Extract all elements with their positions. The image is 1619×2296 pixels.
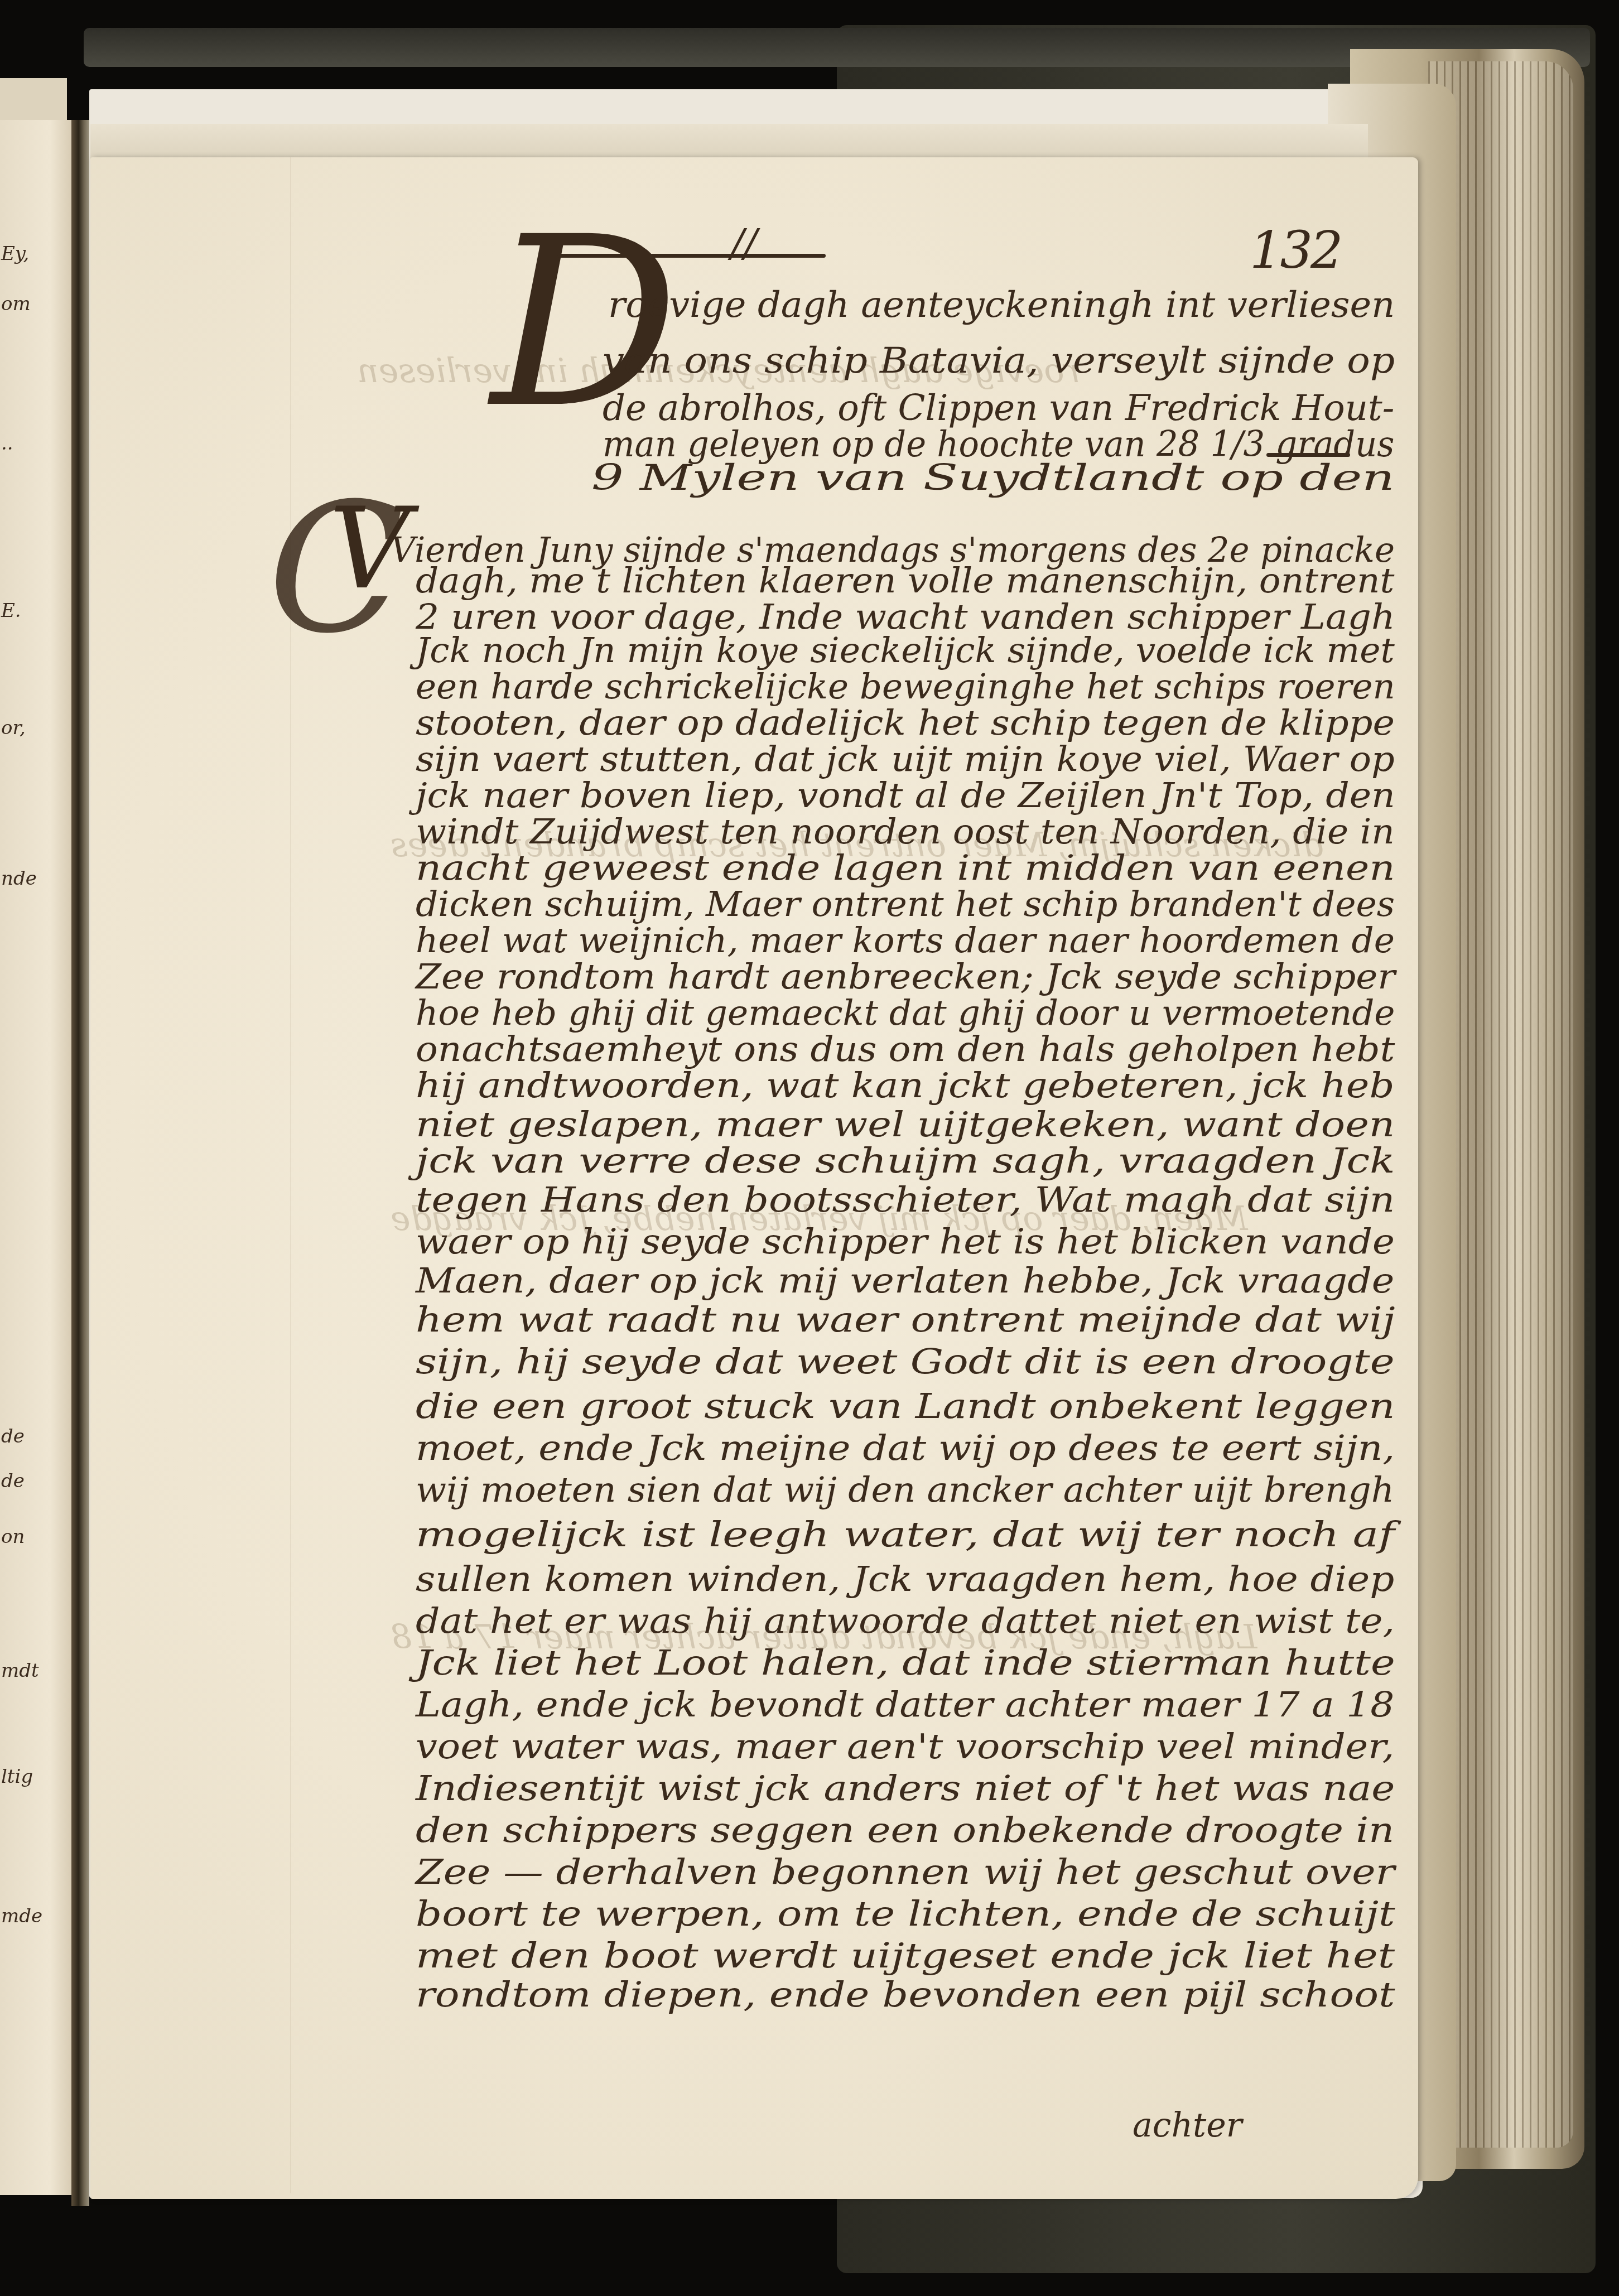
body-line: windt Zuijdwest ten noorden oost ten Noo… xyxy=(416,814,1395,849)
margin-fold xyxy=(290,157,291,2193)
body-line: Zee — derhalven begonnen wij het geschut… xyxy=(416,1855,1395,1889)
body-line: die een groot stuck van Landt onbekent l… xyxy=(416,1389,1395,1424)
body-line: Indiesentijt wist jck anders niet of 't … xyxy=(416,1771,1395,1806)
body-line: wij moeten sien dat wij den ancker achte… xyxy=(416,1473,1394,1507)
body-line: een harde schrickelijcke beweginghe het … xyxy=(416,669,1395,704)
body-line: den schippers seggen een onbekende droog… xyxy=(416,1813,1394,1848)
body-line: waer op hij seyde schipper het is het bl… xyxy=(416,1224,1395,1259)
left-facing-page-fragment: Ey, om .. E. or, nde de de on mdt ltig m… xyxy=(0,120,71,2195)
body-line: dicken schuijm, Maer ontrent het schip b… xyxy=(416,887,1395,922)
body-line: onachtsaemheyt ons dus om den hals gehol… xyxy=(416,1032,1395,1067)
heading-flourish-rule xyxy=(558,254,826,258)
left-page-text: de xyxy=(1,1470,25,1492)
body-line: stooten, daer op dadelijck het schip teg… xyxy=(416,706,1395,740)
heading-line: 9 Mylen van Suydtlandt op den xyxy=(591,460,1395,496)
body-line: Lagh, ende jck bevondt datter achter mae… xyxy=(416,1687,1394,1722)
left-page-text: om xyxy=(1,293,31,315)
left-page-text: mde xyxy=(1,1905,42,1927)
heading-line: de abrolhos, oft Clippen van Fredrick Ho… xyxy=(603,390,1394,426)
body-line: Jck liet het Loot halen, dat inde stierm… xyxy=(416,1646,1395,1680)
body-line: hem wat raadt nu waer ontrent meijnde da… xyxy=(416,1303,1395,1337)
left-page-text: nde xyxy=(1,867,37,890)
body-line: tegen Hans den bootsschieter, Wat magh d… xyxy=(416,1183,1395,1217)
left-page-text: de xyxy=(1,1425,25,1448)
body-line: hoe heb ghij dit gemaeckt dat ghij door … xyxy=(416,996,1395,1030)
page-top-strip xyxy=(90,124,1368,160)
body-line: hij andtwoorden, wat kan jckt gebeteren,… xyxy=(416,1068,1395,1103)
left-page-text: E. xyxy=(1,600,21,622)
body-line: voet water was, maer aen't voorschip vee… xyxy=(416,1729,1394,1764)
catchword: achter xyxy=(1133,2106,1242,2145)
body-line: 2 uren voor dage, Inde wacht vanden schi… xyxy=(416,600,1395,634)
body-line: rondtom diepen, ende bevonden een pijl s… xyxy=(416,1977,1395,2012)
body-line: nacht geweest ende lagen int midden van … xyxy=(416,851,1395,885)
body-line: Jck noch Jn mijn koye sieckelijck sijnde… xyxy=(416,633,1395,668)
body-line: moet, ende Jck meijne dat wij op dees te… xyxy=(416,1431,1395,1465)
body-line: sullen komen winden, Jck vraagden hem, h… xyxy=(416,1562,1394,1596)
left-page-top-edge xyxy=(0,78,67,123)
body-line: Zee rondtom hardt aenbreecken; Jck seyde… xyxy=(416,959,1395,994)
body-line: met den boot werdt uijtgeset ende jck li… xyxy=(416,1938,1395,1973)
body-line: dat het er was hij antwoorde dattet niet… xyxy=(416,1604,1395,1638)
body-line: sijn vaert stutten, dat jck uijt mijn ko… xyxy=(416,742,1395,776)
body-line: dagh, me t lichten klaeren volle manensc… xyxy=(416,563,1395,598)
body-line: heel wat weijnich, maer korts daer naer … xyxy=(416,923,1395,958)
left-page-text: mdt xyxy=(1,1660,39,1682)
body-line: mogelijck ist leegh water, dat wij ter n… xyxy=(416,1517,1395,1552)
heading-line: van ons schip Batavia, verseylt sijnde o… xyxy=(603,343,1395,379)
folio-number: 132 xyxy=(1250,220,1341,280)
left-page-text: .. xyxy=(1,432,13,455)
body-line: jck naer boven liep, vondt al de Zeijlen… xyxy=(416,778,1395,813)
body-line: niet geslapen, maer wel uijtgekeken, wan… xyxy=(416,1107,1395,1142)
heading-end-rule xyxy=(1266,453,1350,457)
left-page-text: on xyxy=(1,1526,25,1548)
heading-mark: // xyxy=(731,220,757,266)
left-page-text: Ey, xyxy=(1,243,29,265)
body-line: sijn, hij seyde dat weet Godt dit is een… xyxy=(416,1344,1395,1379)
body-line: jck van verre dese schuijm sagh, vraagde… xyxy=(416,1144,1395,1178)
heading-line: roevige dagh aenteyckeningh int verliese… xyxy=(608,287,1395,323)
binding-gutter xyxy=(71,120,89,2206)
body-line: Maen, daer op jck mij verlaten hebbe, Jc… xyxy=(416,1263,1394,1298)
left-page-text: ltig xyxy=(1,1766,33,1788)
left-page-text: or, xyxy=(1,717,26,739)
body-line: boort te werpen, om te lichten, ende de … xyxy=(416,1897,1395,1931)
